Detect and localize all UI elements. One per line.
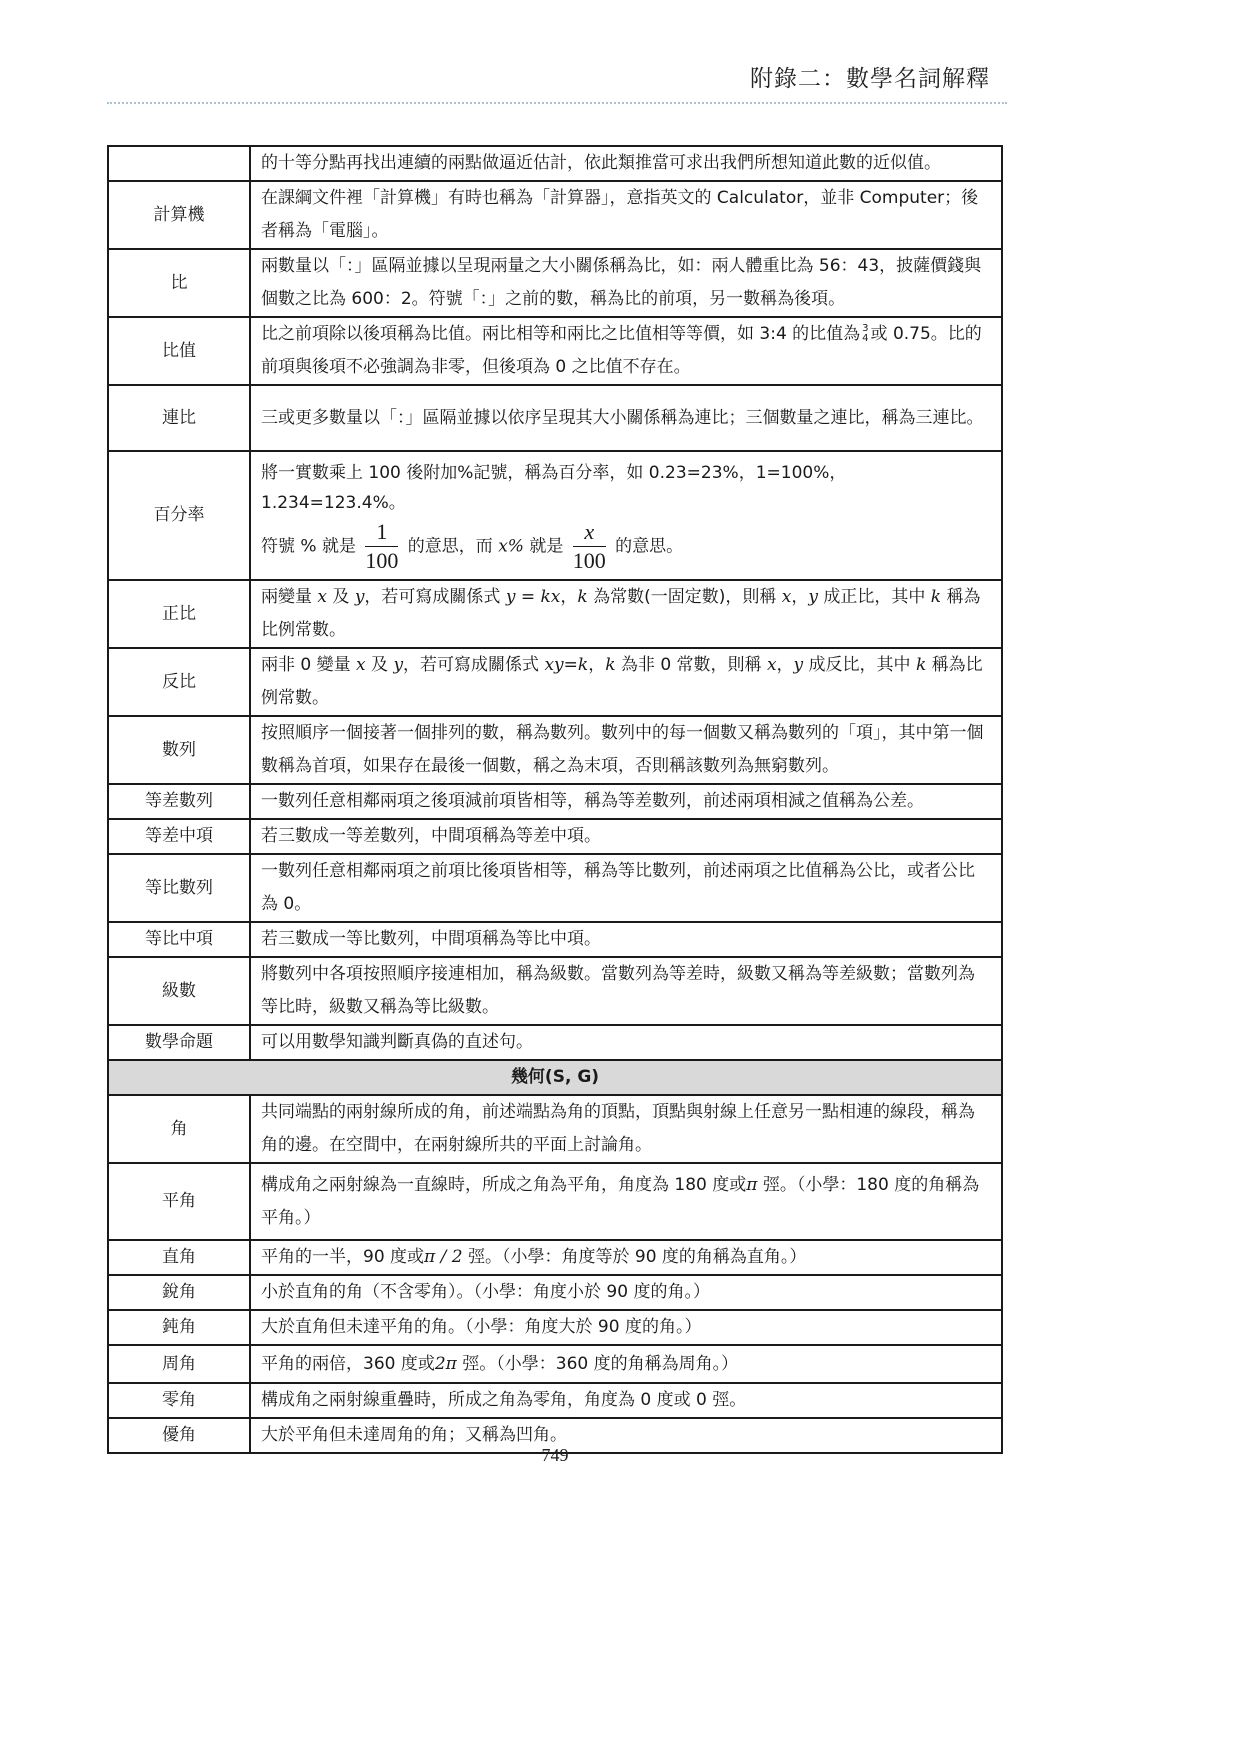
definition-text: 成正比，其中 (818, 587, 931, 607)
definition-text: ， (560, 587, 577, 607)
math-symbol: x (782, 587, 792, 607)
definition-text: 將一實數乘上 100 後附加%記號，稱為百分率，如 0.23=23%，1=100… (261, 458, 991, 518)
term-cell: 百分率 (108, 451, 250, 580)
definition-text: 的意思。 (615, 537, 683, 557)
definition-cell: 一數列任意相鄰兩項之前項比後項皆相等，稱為等比數列，前述兩項之比值稱為公比，或者… (250, 854, 1002, 922)
definition-text: 兩非 0 變量 (261, 655, 356, 675)
table-row: 連比 三或更多數量以「：」區隔並據以依序呈現其大小關係稱為連比；三個數量之連比，… (108, 385, 1002, 451)
math-symbol: k (577, 587, 587, 607)
definition-text: 及 (366, 655, 394, 675)
definition-text: 為非 0 常數，則稱 (616, 655, 767, 675)
term-cell: 角 (108, 1095, 250, 1163)
term-cell: 比 (108, 249, 250, 317)
section-title: 幾何(S, G) (108, 1060, 1002, 1095)
table-row: 級數 將數列中各項按照順序接連相加，稱為級數。當數列為等差時，級數又稱為等差級數… (108, 957, 1002, 1025)
math-symbol: y = kx (506, 587, 561, 607)
table-row: 數列 按照順序一個接著一個排列的數，稱為數列。數列中的每一個數又稱為數列的「項」… (108, 716, 1002, 784)
glossary-table: 的十等分點再找出連續的兩點做逼近估計，依此類推當可求出我們所想知道此數的近似值。… (107, 145, 1003, 1454)
math-symbol: x (317, 587, 327, 607)
table-row: 鈍角 大於直角但未達平角的角。（小學：角度大於 90 度的角。） (108, 1310, 1002, 1345)
term-cell: 直角 (108, 1240, 250, 1275)
table-row: 等差中項 若三數成一等差數列，中間項稱為等差中項。 (108, 819, 1002, 854)
table-row: 等差數列 一數列任意相鄰兩項之後項減前項皆相等，稱為等差數列，前述兩項相減之值稱… (108, 784, 1002, 819)
definition-cell: 兩變量 x 及 y，若可寫成關係式 y = kx，k 為常數(一固定數)，則稱 … (250, 580, 1002, 648)
definition-cell: 在課綱文件裡「計算機」有時也稱為「計算器」，意指英文的 Calculator，並… (250, 181, 1002, 249)
definition-text: 弳。（小學：360 度的角稱為周角。） (457, 1354, 738, 1374)
definition-cell: 一數列任意相鄰兩項之後項減前項皆相等，稱為等差數列，前述兩項相減之值稱為公差。 (250, 784, 1002, 819)
definition-cell: 比之前項除以後項稱為比值。兩比相等和兩比之比值相等等價，如 3:4 的比值為34… (250, 317, 1002, 385)
page-header-title: 附錄二：數學名詞解釋 (0, 60, 990, 93)
definition-text: ，若可寫成關係式 (403, 655, 544, 675)
definition-text: 平角的一半，90 度或 (261, 1247, 424, 1267)
table-row: 比 兩數量以「：」區隔並據以呈現兩量之大小關係稱為比，如：兩人體重比為 56：4… (108, 249, 1002, 317)
fraction: 34 (862, 324, 868, 344)
definition-text: 平角的兩倍，360 度或 (261, 1354, 435, 1374)
math-symbol: y (393, 655, 403, 675)
table-row: 直角 平角的一半，90 度或π / 2 弳。（小學：角度等於 90 度的角稱為直… (108, 1240, 1002, 1275)
term-cell: 等比數列 (108, 854, 250, 922)
term-cell: 等比中項 (108, 922, 250, 957)
definition-formula-line: 符號 % 就是 1100 的意思，而 x% 就是 x100 的意思。 (261, 518, 991, 575)
fraction: x100 (573, 518, 606, 575)
definition-cell: 大於直角但未達平角的角。（小學：角度大於 90 度的角。） (250, 1310, 1002, 1345)
math-symbol: xy=k (544, 655, 588, 675)
term-cell: 數學命題 (108, 1025, 250, 1060)
definition-cell: 共同端點的兩射線所成的角，前述端點為角的頂點，頂點與射線上任意另一點相連的線段，… (250, 1095, 1002, 1163)
definition-cell: 小於直角的角（不含零角）。（小學：角度小於 90 度的角。） (250, 1275, 1002, 1310)
math-symbol: y (355, 587, 365, 607)
definition-cell: 將數列中各項按照順序接連相加，稱為級數。當數列為等差時，級數又稱為等差級數；當數… (250, 957, 1002, 1025)
definition-cell: 按照順序一個接著一個排列的數，稱為數列。數列中的每一個數又稱為數列的「項」，其中… (250, 716, 1002, 784)
table-row: 計算機 在課綱文件裡「計算機」有時也稱為「計算器」，意指英文的 Calculat… (108, 181, 1002, 249)
definition-text: 及 (327, 587, 355, 607)
definition-text: 弳。（小學：角度等於 90 度的角稱為直角。） (463, 1247, 807, 1267)
table-row: 周角 平角的兩倍，360 度或2π 弳。（小學：360 度的角稱為周角。） (108, 1345, 1002, 1383)
term-cell: 正比 (108, 580, 250, 648)
term-cell: 平角 (108, 1163, 250, 1240)
definition-text: 的意思，而 (408, 537, 493, 557)
term-cell: 鈍角 (108, 1310, 250, 1345)
table-row: 百分率 將一實數乘上 100 後附加%記號，稱為百分率，如 0.23=23%，1… (108, 451, 1002, 580)
pi-symbol: π / 2 (424, 1247, 463, 1267)
definition-cell: 三或更多數量以「：」區隔並據以依序呈現其大小關係稱為連比；三個數量之連比，稱為三… (250, 385, 1002, 451)
term-cell (108, 146, 250, 181)
table-row: 比值 比之前項除以後項稱為比值。兩比相等和兩比之比值相等等價，如 3:4 的比值… (108, 317, 1002, 385)
definition-cell: 若三數成一等比數列，中間項稱為等比中項。 (250, 922, 1002, 957)
math-symbol: x% (498, 537, 524, 557)
term-cell: 連比 (108, 385, 250, 451)
table-row: 角 共同端點的兩射線所成的角，前述端點為角的頂點，頂點與射線上任意另一點相連的線… (108, 1095, 1002, 1163)
table-row: 零角 構成角之兩射線重疊時，所成之角為零角，角度為 0 度或 0 弳。 (108, 1383, 1002, 1418)
definition-cell: 兩非 0 變量 x 及 y，若可寫成關係式 xy=k，k 為非 0 常數，則稱 … (250, 648, 1002, 716)
table-row: 銳角 小於直角的角（不含零角）。（小學：角度小於 90 度的角。） (108, 1275, 1002, 1310)
table-row: 數學命題 可以用數學知識判斷真偽的直述句。 (108, 1025, 1002, 1060)
math-symbol: k (605, 655, 615, 675)
definition-cell: 若三數成一等差數列，中間項稱為等差中項。 (250, 819, 1002, 854)
definition-cell: 平角的兩倍，360 度或2π 弳。（小學：360 度的角稱為周角。） (250, 1345, 1002, 1383)
fraction-numerator: x (573, 518, 606, 547)
fraction-denominator: 100 (573, 547, 606, 575)
term-cell: 零角 (108, 1383, 250, 1418)
math-symbol: y (808, 587, 818, 607)
math-symbol: x (356, 655, 366, 675)
term-cell: 等差中項 (108, 819, 250, 854)
math-symbol: k (931, 587, 941, 607)
term-cell: 等差數列 (108, 784, 250, 819)
definition-cell: 的十等分點再找出連續的兩點做逼近估計，依此類推當可求出我們所想知道此數的近似值。 (250, 146, 1002, 181)
definition-text: 就是 (529, 537, 563, 557)
table-row: 平角 構成角之兩射線為一直線時，所成之角為平角，角度為 180 度或π 弳。（小… (108, 1163, 1002, 1240)
term-cell: 銳角 (108, 1275, 250, 1310)
term-cell: 比值 (108, 317, 250, 385)
table-row: 等比中項 若三數成一等比數列，中間項稱為等比中項。 (108, 922, 1002, 957)
pi-symbol: π (746, 1175, 757, 1195)
page-number: 749 (0, 1445, 1110, 1466)
header-divider (107, 102, 1007, 104)
fraction: 1100 (365, 518, 398, 575)
fraction-numerator: 1 (365, 518, 398, 547)
table-row: 反比 兩非 0 變量 x 及 y，若可寫成關係式 xy=k，k 為非 0 常數，… (108, 648, 1002, 716)
math-symbol: y (794, 655, 804, 675)
definition-text: ， (588, 655, 605, 675)
table-row: 正比 兩變量 x 及 y，若可寫成關係式 y = kx，k 為常數(一固定數)，… (108, 580, 1002, 648)
term-cell: 數列 (108, 716, 250, 784)
section-header-row: 幾何(S, G) (108, 1060, 1002, 1095)
term-cell: 反比 (108, 648, 250, 716)
math-symbol: k (916, 655, 926, 675)
term-cell: 周角 (108, 1345, 250, 1383)
table-row: 的十等分點再找出連續的兩點做逼近估計，依此類推當可求出我們所想知道此數的近似值。 (108, 146, 1002, 181)
math-symbol: x (767, 655, 777, 675)
definition-text: ， (777, 655, 794, 675)
fraction-denominator: 100 (365, 547, 398, 575)
definition-text: 兩變量 (261, 587, 317, 607)
definition-cell: 構成角之兩射線為一直線時，所成之角為平角，角度為 180 度或π 弳。（小學：1… (250, 1163, 1002, 1240)
term-cell: 計算機 (108, 181, 250, 249)
fraction-denominator: 4 (862, 334, 868, 344)
definition-cell: 兩數量以「：」區隔並據以呈現兩量之大小關係稱為比，如：兩人體重比為 56：43，… (250, 249, 1002, 317)
definition-cell: 平角的一半，90 度或π / 2 弳。（小學：角度等於 90 度的角稱為直角。） (250, 1240, 1002, 1275)
definition-text: 為常數(一固定數)，則稱 (588, 587, 782, 607)
definition-text: ，若可寫成關係式 (364, 587, 505, 607)
definition-text: 構成角之兩射線為一直線時，所成之角為平角，角度為 180 度或 (261, 1175, 746, 1195)
pi-symbol: 2π (435, 1354, 457, 1374)
table-row: 等比數列 一數列任意相鄰兩項之前項比後項皆相等，稱為等比數列，前述兩項之比值稱為… (108, 854, 1002, 922)
definition-text: ， (791, 587, 808, 607)
definition-cell: 構成角之兩射線重疊時，所成之角為零角，角度為 0 度或 0 弳。 (250, 1383, 1002, 1418)
definition-text: 比之前項除以後項稱為比值。兩比相等和兩比之比值相等等價，如 3:4 的比值為 (261, 324, 860, 344)
definition-text: 符號 % 就是 (261, 537, 356, 557)
definition-cell: 將一實數乘上 100 後附加%記號，稱為百分率，如 0.23=23%，1=100… (250, 451, 1002, 580)
definition-text: 成反比，其中 (803, 655, 916, 675)
definition-cell: 可以用數學知識判斷真偽的直述句。 (250, 1025, 1002, 1060)
term-cell: 級數 (108, 957, 250, 1025)
